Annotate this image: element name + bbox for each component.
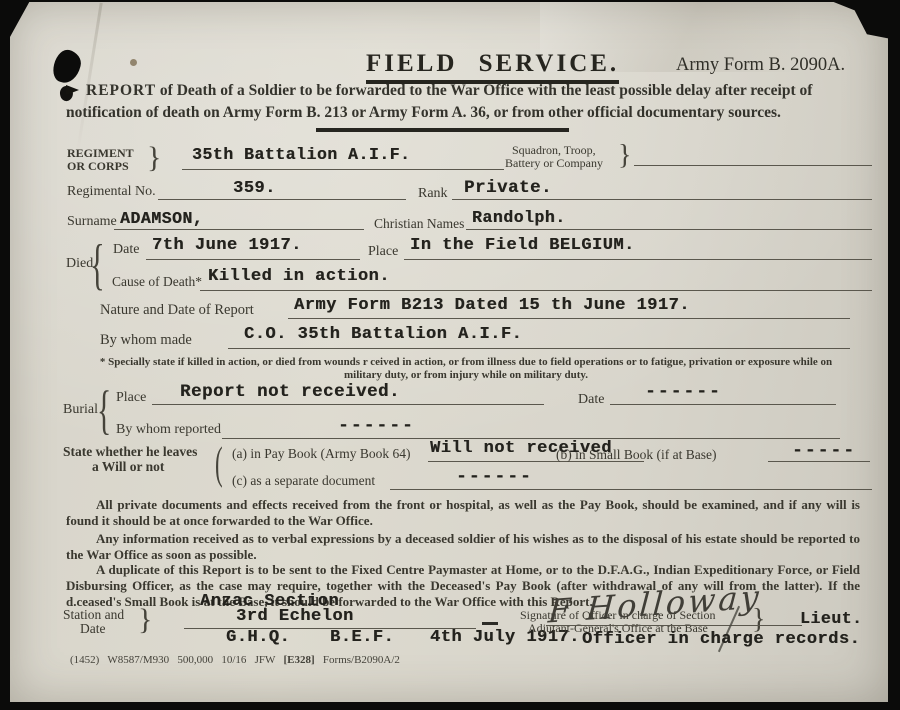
rule-line (146, 259, 360, 260)
station-date-label: Date (80, 621, 105, 637)
footnote: military duty, or from injury while on m… (70, 369, 862, 381)
rule-line (634, 165, 872, 166)
signature-rank: Lieut. (800, 609, 862, 628)
rule-line (182, 169, 504, 170)
cause-of-death-value: Killed in action. (208, 267, 390, 286)
brace: ( (215, 436, 223, 489)
regimental-no-label: Regimental No. (67, 184, 156, 200)
print-code-right: Forms/B2090A/2 (315, 654, 400, 666)
will-paybook-label: (a) in Pay Book (Army Book 64) (232, 446, 410, 462)
died-place-value: In the Field BELGIUM. (410, 236, 635, 255)
index-arrow-icon (66, 85, 79, 95)
station-value-bef: B.E.F. (330, 628, 394, 647)
will-separate-doc-value: ------ (456, 467, 533, 487)
rule-line (228, 348, 850, 349)
burial-place-label: Place (116, 390, 146, 406)
footnote: * Specially state if killed in action, o… (70, 356, 862, 368)
will-separate-doc-label: (c) as a separate document (232, 473, 375, 489)
nature-of-report-label: Nature and Date of Report (100, 302, 254, 319)
brace: } (138, 603, 152, 637)
brace: } (618, 140, 631, 172)
burial-date-label: Date (578, 392, 604, 408)
rule-line (114, 229, 364, 230)
died-date-label: Date (113, 242, 139, 258)
surname-label: Surname (67, 214, 117, 230)
cause-of-death-label: Cause of Death* (112, 274, 202, 290)
rule-line (466, 229, 872, 230)
regiment-value: 35th Battalion A.I.F. (192, 145, 410, 164)
rule-line (158, 199, 406, 200)
form-title: FIELD SERVICE. (366, 50, 619, 84)
burial-date-value: ------ (645, 382, 722, 402)
rule-line (288, 318, 850, 319)
station-value-ghq: G.H.Q. (226, 628, 290, 647)
print-code: (1452) W8587/M930 500,000 10/16 JFW [E32… (70, 654, 400, 666)
rule-line (390, 489, 872, 490)
signature-title: Officer in charge records. (582, 630, 860, 649)
squadron-label: Battery or Company (505, 156, 603, 171)
print-code-bold: [E328] (284, 654, 315, 666)
christian-names-value: Randolph. (472, 208, 566, 227)
rule-line (404, 259, 872, 260)
rule-line (610, 404, 836, 405)
rule-line (546, 625, 802, 626)
report-rest: of Death of a Soldier to be forwarded to… (66, 82, 812, 121)
print-code-left: (1452) W8587/M930 500,000 10/16 JFW (70, 654, 284, 666)
regimental-no-value: 359. (233, 179, 276, 198)
brace: { (90, 233, 105, 297)
burial-label: Burial (63, 402, 98, 418)
dash-mark (482, 622, 498, 625)
died-date-value: 7th June 1917. (152, 236, 302, 255)
burial-by-whom-value: ------ (338, 416, 415, 436)
rank-value: Private. (464, 178, 552, 198)
station-value-echelon: 3rd Echelon (236, 607, 354, 626)
died-place-label: Place (368, 244, 398, 260)
will-label: a Will or not (92, 459, 164, 475)
christian-names-label: Christian Names (374, 216, 464, 232)
brace: { (97, 379, 111, 441)
will-label: State whether he leaves (63, 444, 197, 460)
will-paybook-value: Will not received (430, 439, 612, 458)
by-whom-made-label: By whom made (100, 332, 192, 349)
will-smallbook-value: ----- (792, 441, 856, 461)
rule-line (452, 199, 872, 200)
report-lead: REPORT (86, 82, 156, 99)
notes-paragraph: All private documents and effects receiv… (66, 497, 860, 529)
rule-line (200, 290, 872, 291)
regiment-label: OR CORPS (67, 159, 129, 174)
notes-paragraph: Any information received as to verbal ex… (66, 531, 860, 563)
surname-value: ADAMSON, (120, 209, 203, 228)
burial-place-value: Report not received. (180, 382, 400, 402)
form-number: Army Form B. 2090A. (676, 55, 845, 76)
rule-line (152, 404, 544, 405)
by-whom-made-value: C.O. 35th Battalion A.I.F. (244, 325, 522, 344)
rank-label: Rank (418, 186, 448, 202)
burial-by-whom-label: By whom reported (116, 422, 221, 438)
rule-line (768, 461, 870, 462)
nature-of-report-value: Army Form B213 Dated 15 th June 1917. (294, 296, 690, 315)
report-instruction: REPORT of Death of a Soldier to be forwa… (66, 80, 872, 124)
header-separator (316, 128, 569, 132)
brace: } (147, 141, 161, 175)
